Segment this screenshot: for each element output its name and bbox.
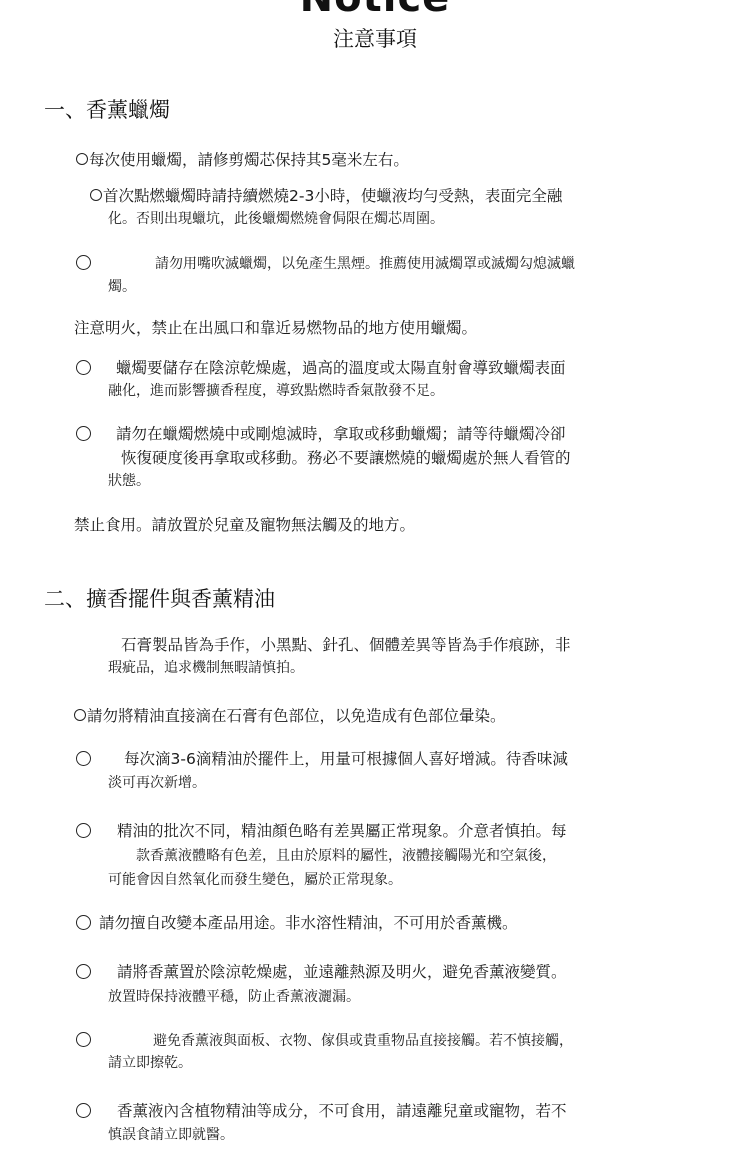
circle-outline-icon	[76, 915, 91, 930]
section1-item-3-line2: 燭。	[108, 276, 136, 298]
section1-item-5-line2: 融化，進而影響擴香程度，導致點燃時香氣散發不足。	[108, 380, 444, 402]
circle-outline-icon	[76, 1032, 91, 1047]
section1-item-6-line2: 恢復硬度後再拿取或移動。務必不要讓燃燒的蠟燭處於無人看管的	[121, 447, 571, 469]
section2-item-7-line2: 請立即擦乾。	[108, 1052, 192, 1074]
circle-outline-icon	[76, 153, 88, 165]
circle-outline-icon	[76, 823, 91, 838]
section1-item-5: 蠟燭要儲存在陰涼乾燥處，過高的溫度或太陽直射會導致蠟燭表面	[76, 357, 566, 379]
section2-item-1-line2: 瑕疵品，追求機制無暇請慎拍。	[108, 657, 304, 679]
section1-item-2-line2: 化。否則出現蠟坑，此後蠟燭燃燒會侷限在燭芯周圍。	[108, 208, 444, 230]
section2-item-6: 請將香薰置於陰涼乾燥處，並遠離熱源及明火，避免香薰液變質。	[76, 961, 567, 983]
section1-item-6-line3: 狀態。	[108, 470, 150, 492]
circle-outline-icon	[76, 360, 91, 375]
circle-outline-icon	[76, 255, 91, 270]
circle-outline-icon	[76, 964, 91, 979]
section2-item-4: 精油的批次不同，精油顏色略有差異屬正常現象。介意者慎拍。每	[76, 820, 567, 842]
notice-title-en: Notice	[0, 0, 750, 18]
section2-item-3: 每次滴3-6滴精油於擺件上，用量可根據個人喜好增減。待香味減	[76, 748, 568, 770]
section2-item-1: 石膏製品皆為手作，小黑點、針孔、個體差異等皆為手作痕跡，非	[121, 634, 571, 656]
section2-item-2: 請勿將精油直接滴在石膏有色部位，以免造成有色部位暈染。	[74, 705, 506, 727]
section1-item-6: 請勿在蠟燭燃燒中或剛熄滅時，拿取或移動蠟燭；請等待蠟燭冷卻	[76, 423, 566, 445]
circle-outline-icon	[76, 426, 91, 441]
circle-outline-icon	[74, 709, 86, 721]
section2-item-3-line2: 淡可再次新增。	[108, 772, 206, 794]
section2-item-8-line2: 慎誤食請立即就醫。	[108, 1124, 234, 1146]
section2-item-8: 香薰液內含植物精油等成分，不可食用，請遠離兒童或寵物，若不	[76, 1100, 567, 1122]
section1-item-2: 首次點燃蠟燭時請持續燃燒2-3小時，使蠟液均勻受熱，表面完全融	[90, 185, 562, 207]
section1-item-3: 請勿用嘴吹滅蠟燭，以免產生黑煙。推薦使用滅燭罩或滅燭勾熄滅蠟	[76, 252, 575, 275]
section2-item-7: 避免香薰液與面板、衣物、傢俱或貴重物品直接接觸。若不慎接觸，	[76, 1029, 573, 1052]
circle-outline-icon	[76, 1103, 91, 1118]
notice-title-zh: 注意事項	[0, 26, 750, 52]
section2-heading: 二、擴香擺件與香薰精油	[44, 586, 275, 612]
circle-outline-icon	[76, 751, 91, 766]
section1-item-7: 禁止食用。請放置於兒童及寵物無法觸及的地方。	[74, 514, 415, 536]
section2-item-5: 請勿擅自改變本產品用途。非水溶性精油，不可用於香薰機。	[76, 912, 518, 934]
section1-heading: 一、香薰蠟燭	[44, 97, 170, 123]
section1-item-1: 每次使用蠟燭，請修剪燭芯保持其5毫米左右。	[76, 149, 409, 171]
section1-item-4: 注意明火，禁止在出風口和靠近易燃物品的地方使用蠟燭。	[74, 317, 477, 339]
section2-item-4-line2: 款香薰液體略有色差，且由於原料的屬性，液體接觸陽光和空氣後，	[136, 845, 556, 867]
circle-outline-icon	[90, 189, 102, 201]
section2-item-4-line3: 可能會因自然氧化而發生變色，屬於正常現象。	[108, 869, 402, 891]
section2-item-6-line2: 放置時保持液體平穩，防止香薰液灑漏。	[108, 986, 360, 1008]
